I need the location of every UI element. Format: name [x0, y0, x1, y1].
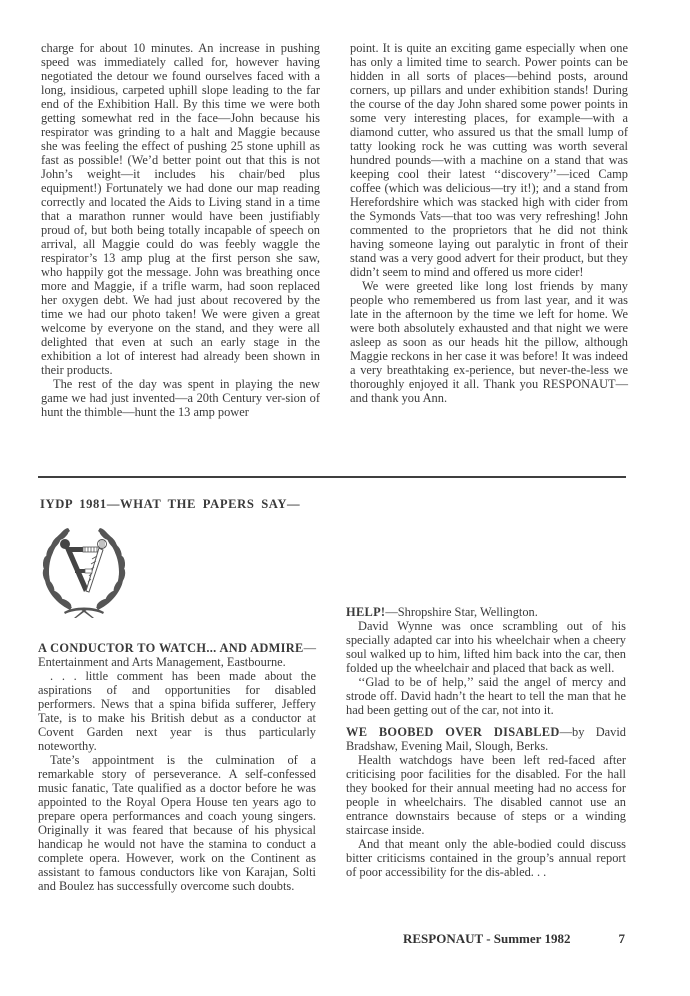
- page-number: 7: [619, 931, 626, 947]
- article-top-left-column: charge for about 10 minutes. An increase…: [41, 41, 320, 419]
- story-paragraph: . . . little comment has been made about…: [38, 669, 316, 753]
- story-paragraph: ‘‘Glad to be of help,’’ said the angel o…: [346, 675, 626, 717]
- section-title: IYDP 1981—WHAT THE PAPERS SAY—: [40, 497, 300, 512]
- page-footer: RESPONAUT - Summer 1982 7: [403, 931, 625, 947]
- publication-name: RESPONAUT - Summer 1982: [403, 931, 570, 947]
- story-paragraph: David Wynne was once scrambling out of h…: [346, 619, 626, 675]
- article-paragraph: point. It is quite an exciting game espe…: [350, 41, 628, 279]
- story-heading: A CONDUCTOR TO WATCH... AND ADMIRE—Enter…: [38, 641, 316, 669]
- story-headline: WE BOOBED OVER DISABLED: [346, 725, 560, 739]
- article-paragraph: We were greeted like long lost friends b…: [350, 279, 628, 405]
- story-right-column: HELP!—Shropshire Star, Wellington. David…: [346, 605, 626, 879]
- story-headline: HELP!: [346, 605, 385, 619]
- story-spacer: [346, 717, 626, 725]
- story-paragraph: Tate’s appointment is the culmination of…: [38, 753, 316, 893]
- story-heading: WE BOOBED OVER DISABLED—by David Bradsha…: [346, 725, 626, 753]
- section-divider: [38, 476, 626, 478]
- story-heading: HELP!—Shropshire Star, Wellington.: [346, 605, 626, 619]
- story-paragraph: And that meant only the able-bodied coul…: [346, 837, 626, 879]
- story-conductor: A CONDUCTOR TO WATCH... AND ADMIRE—Enter…: [38, 641, 316, 893]
- story-source: —Shropshire Star, Wellington.: [385, 605, 537, 619]
- story-paragraph: Health watchdogs have been left red-face…: [346, 753, 626, 837]
- article-top-right-column: point. It is quite an exciting game espe…: [350, 41, 628, 405]
- article-paragraph: charge for about 10 minutes. An increase…: [41, 41, 320, 377]
- iydp-emblem-icon: [34, 522, 134, 618]
- story-headline: A CONDUCTOR TO WATCH... AND ADMIRE: [38, 641, 304, 655]
- article-paragraph: The rest of the day was spent in playing…: [41, 377, 320, 419]
